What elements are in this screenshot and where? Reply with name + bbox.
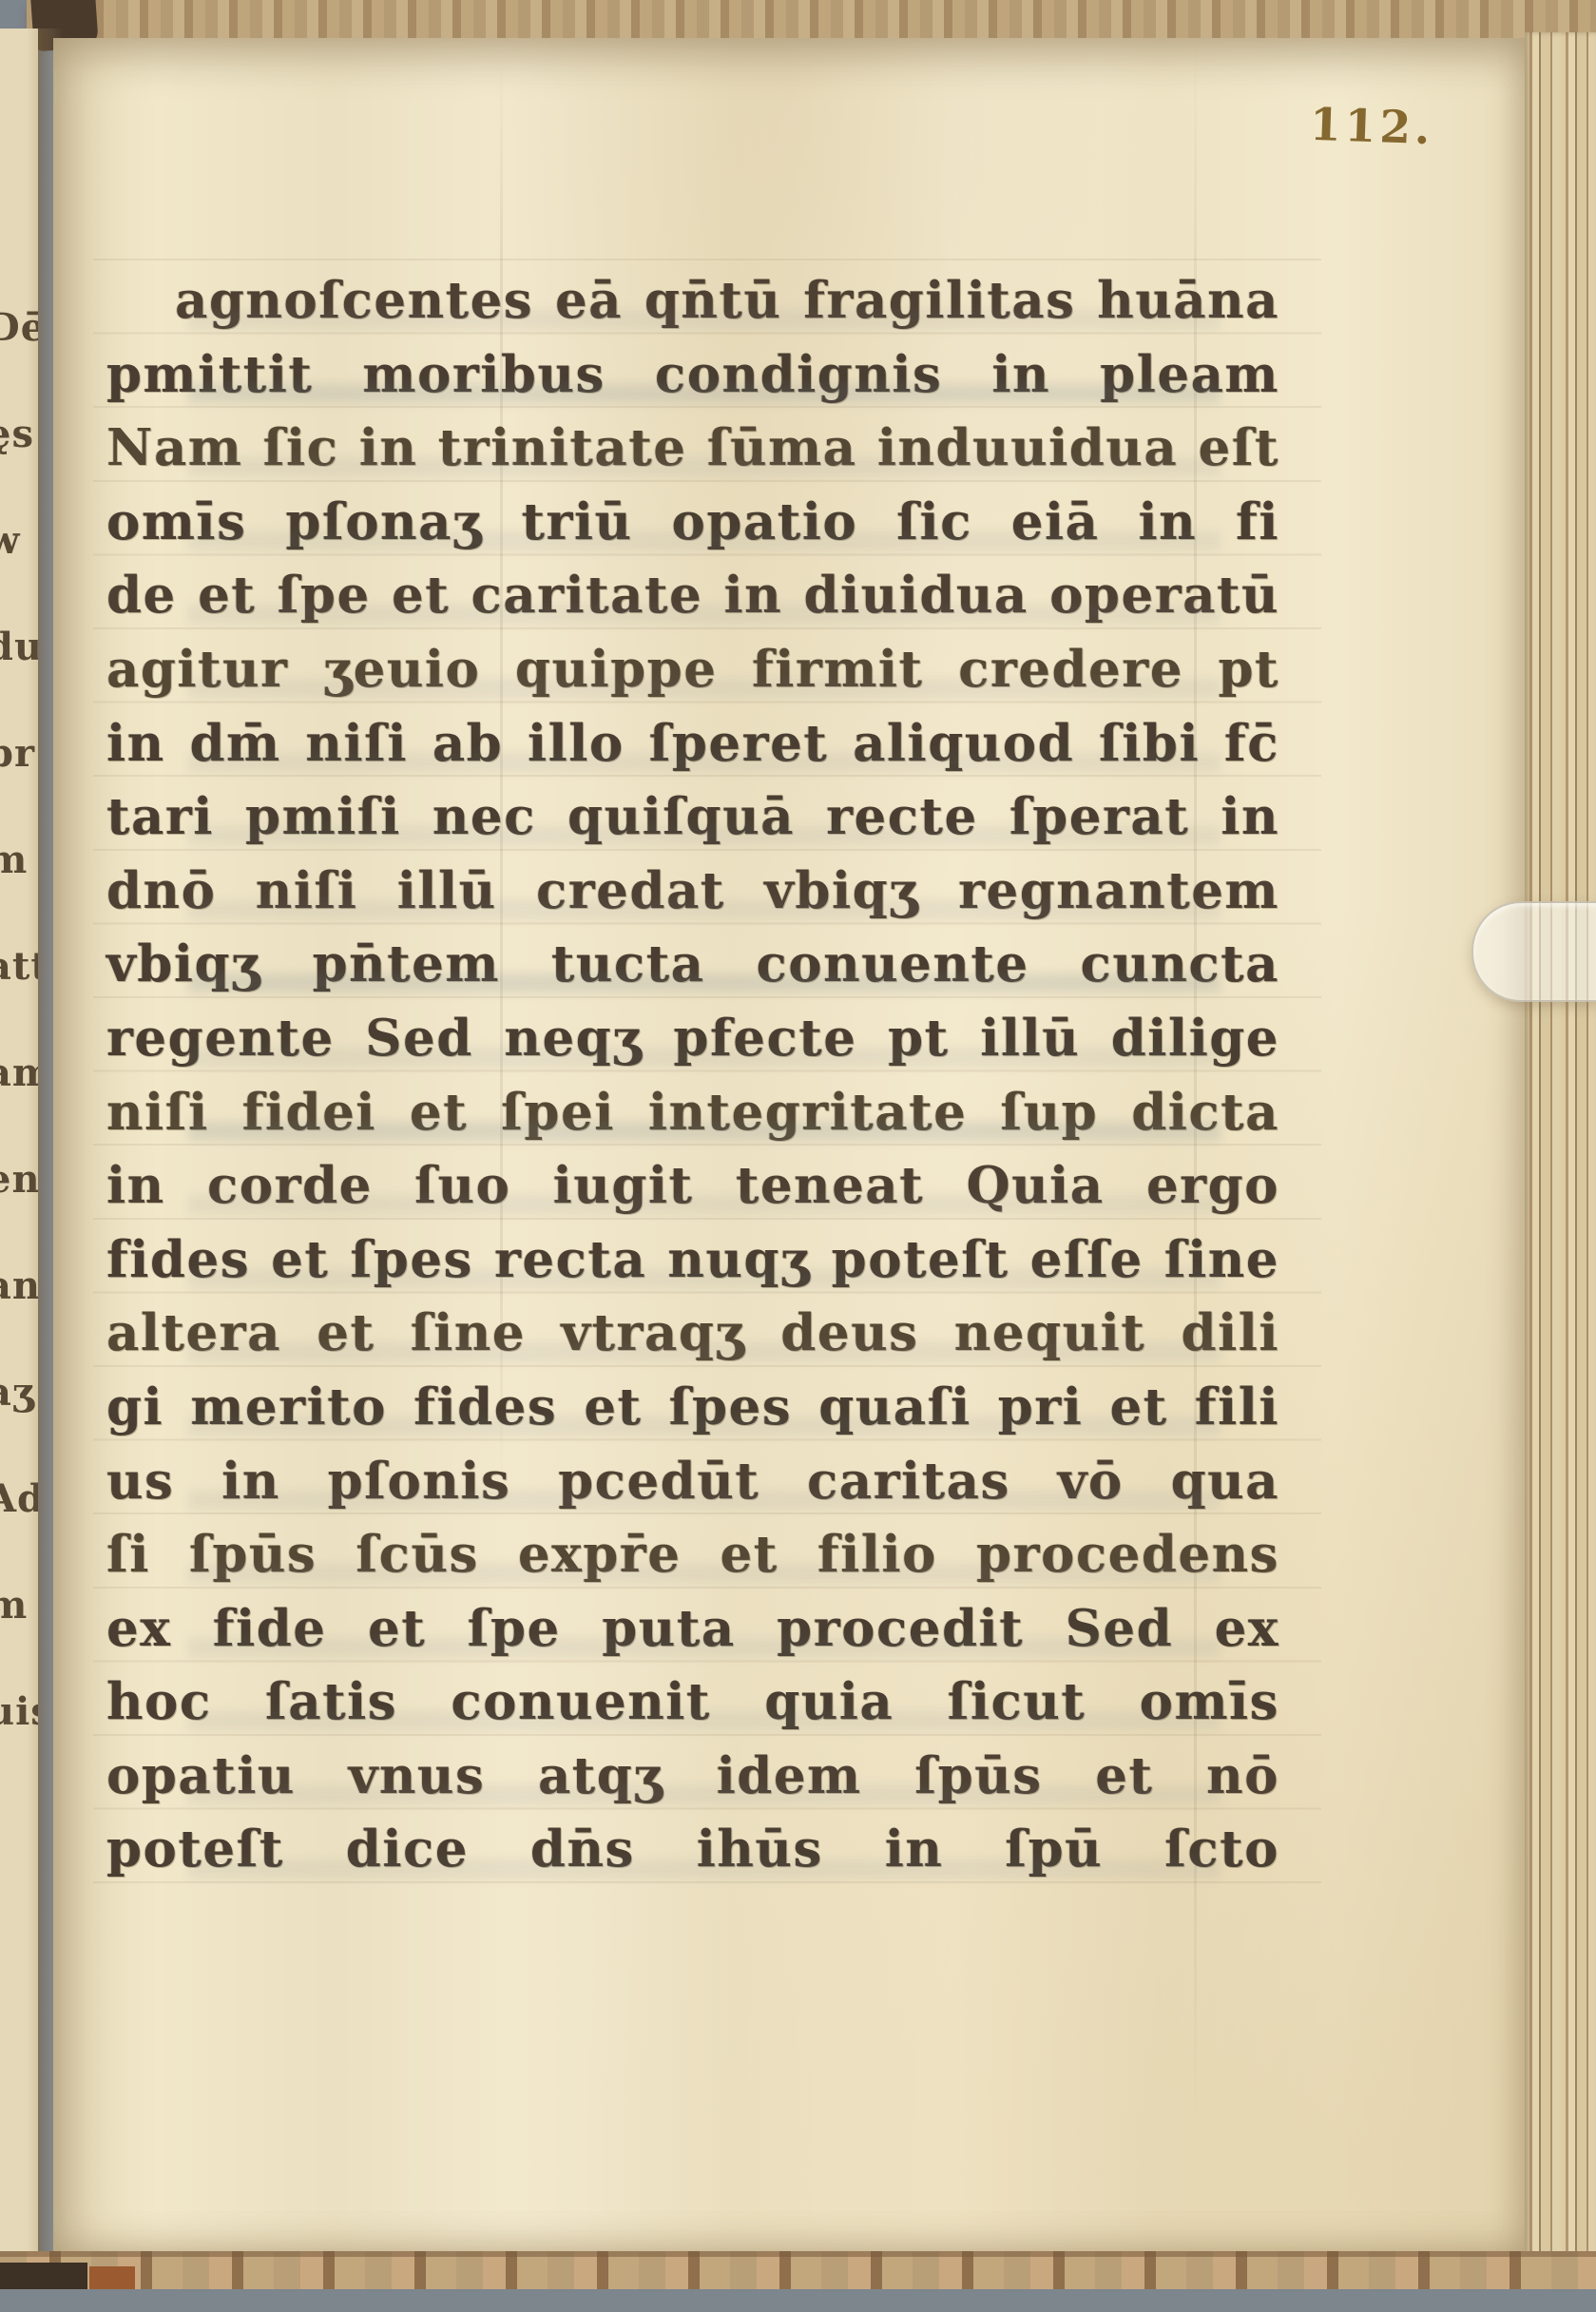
facing-page-edge: DēęswdubrmattamenanaʒAdmuis bbox=[0, 29, 38, 2264]
text-line: vbiqʒ pn̄tem tucta conuente cuncta bbox=[106, 928, 1279, 1002]
background-bottom bbox=[0, 2289, 1596, 2312]
margin-text-fragment: uis bbox=[0, 1690, 38, 1734]
margin-text-fragment: br bbox=[0, 732, 38, 776]
text-line: altera et ſine vtraqʒ deus nequit dili bbox=[106, 1297, 1279, 1371]
margin-text-fragment: att bbox=[0, 945, 38, 989]
text-line: in dm̄ niſi ab illo ſperet aliquod ſibi … bbox=[106, 707, 1279, 781]
margin-text-fragment: aʒ bbox=[0, 1371, 38, 1415]
margin-text-fragment: Ad bbox=[0, 1477, 38, 1521]
text-line: fides et ſpes recta nuqʒ poteſt eſſe ſin… bbox=[106, 1223, 1279, 1298]
margin-text-fragment: am bbox=[0, 1051, 38, 1095]
transparent-tab bbox=[1471, 901, 1596, 1002]
margin-text-fragment: an bbox=[0, 1264, 38, 1308]
margin-text-fragment: m bbox=[0, 1584, 38, 1628]
margin-text-fragment: m bbox=[0, 838, 38, 882]
text-line: omīs pſonaʒ triū opatio ſic eiā in fi bbox=[106, 486, 1279, 560]
fore-edge-pages bbox=[1525, 32, 1596, 2270]
book-head-edge bbox=[27, 0, 1596, 40]
text-line: agnoſcentes eā qn̄tū fragilitas huāna bbox=[106, 264, 1279, 338]
text-line: us in pſonis pcedūt caritas vō qua bbox=[106, 1445, 1279, 1519]
text-line: regente Sed neqʒ pfecte pt illū dilige bbox=[106, 1002, 1279, 1076]
margin-text-fragment: en bbox=[0, 1158, 38, 1202]
text-line: in corde ſuo iugit teneat Quia ergo bbox=[106, 1149, 1279, 1223]
text-line: ſi ſpūs ſcūs expr̄e et filio procedens bbox=[106, 1518, 1279, 1592]
facing-page-text-fragments: DēęswdubrmattamenanaʒAdmuis bbox=[0, 29, 38, 1734]
margin-text-fragment: w bbox=[0, 519, 38, 563]
text-line: ex fide et ſpe puta procedit Sed ex bbox=[106, 1592, 1279, 1667]
text-line: poteſt dice dn̄s ihūs in ſpū ſcto bbox=[106, 1813, 1279, 1887]
text-line: gi merito fides et ſpes quaſi pri et fil… bbox=[106, 1371, 1279, 1445]
manuscript-scan: DēęswdubrmattamenanaʒAdmuis 112. agnoſce… bbox=[0, 0, 1596, 2312]
margin-text-fragment: Dē bbox=[0, 306, 38, 350]
folio-number: 112. bbox=[1309, 99, 1434, 156]
margin-text-fragment: du bbox=[0, 626, 38, 669]
text-line: hoc ſatis conuenit quia ſicut omīs bbox=[106, 1666, 1279, 1740]
margin-text-fragment: ęs bbox=[0, 413, 38, 456]
text-line: Nam ſic in trinitate ſūma induuidua eſt bbox=[106, 412, 1279, 486]
text-line: niſi fidei et ſpei integritate ſup dicta bbox=[106, 1076, 1279, 1150]
text-line: agitur ʒeuio quippe firmit credere pt bbox=[106, 633, 1279, 707]
text-line: dnō niſi illū credat vbiqʒ regnantem bbox=[106, 855, 1279, 929]
text-line: pmittit moribus condignis in pleam bbox=[106, 338, 1279, 413]
text-line: de et ſpe et caritate in diuidua operatū bbox=[106, 559, 1279, 633]
text-block: agnoſcentes eā qn̄tū fragilitas huānapmi… bbox=[106, 264, 1279, 1887]
text-line: opatiu vnus atqʒ idem ſpūs et nō bbox=[106, 1740, 1279, 1814]
text-line: tari pmiſi nec quiſquā recte ſperat in bbox=[106, 780, 1279, 855]
manuscript-page: 112. agnoſcentes eā qn̄tū fragilitas huā… bbox=[53, 38, 1529, 2259]
